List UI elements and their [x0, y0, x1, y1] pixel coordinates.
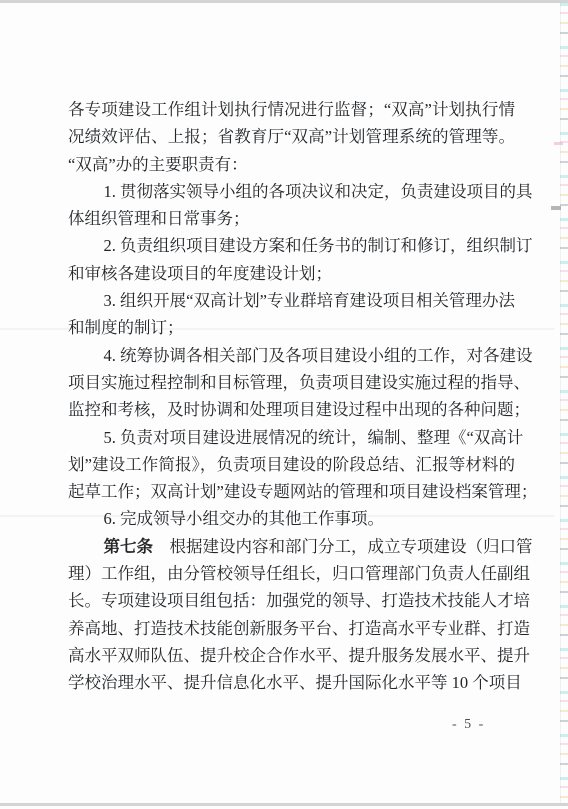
document-line: 长。专项建设项目组包括：加强党的领导、打造技术技能人才培	[68, 587, 515, 614]
article-heading: 第七条	[103, 537, 153, 556]
document-line: 5. 负责对项目建设进展情况的统计，编制、整理《“双高计	[68, 424, 515, 451]
scan-edge-top	[0, 0, 568, 3]
document-line: 项目实施过程控制和目标管理，负责项目建设实施过程的指导、	[68, 369, 515, 396]
document-line: 学校治理水平、提升信息化水平、提升国际化水平等 10 个项目	[68, 669, 515, 696]
document-line: 和制度的制订；	[68, 314, 515, 341]
document-line: 体组织管理和日常事务；	[68, 205, 515, 232]
document-line: 高水平双师队伍、提升校企合作水平、提升服务发展水平、提升	[68, 642, 515, 669]
document-line: 和审核各建设项目的年度建设计划；	[68, 260, 515, 287]
document-line: 理）工作组，由分管校领导任组长，归口管理部门负责人任副组	[68, 560, 515, 587]
document-line: “双高”办的主要职责有：	[68, 151, 515, 178]
scan-edge-bottom	[0, 803, 568, 806]
document-line: 1. 贯彻落实领导小组的各项决议和决定，负责建设项目的具	[68, 178, 515, 205]
document-line: 起草工作；双高计划”建设专题网站的管理和项目建设档案管理；	[68, 478, 515, 505]
document-line: 况绩效评估、上报；省教育厅“双高”计划管理系统的管理等。	[68, 123, 515, 150]
scan-fleck	[554, 142, 563, 145]
document-line: 划”建设工作简报》，负责项目建设的阶段总结、汇报等材料的	[68, 451, 515, 478]
document-line: 监控和考核，及时协调和处理项目建设过程中出现的各种问题；	[68, 396, 515, 423]
scan-fleck	[551, 206, 561, 210]
document-line: 2. 负责组织项目建设方案和任务书的制订和修订，组织制订	[68, 232, 515, 259]
document-line: 6. 完成领导小组交办的其他工作事项。	[68, 505, 515, 532]
document-line: 养高地、打造技术技能创新服务平台、打造高水平专业群、打造	[68, 615, 515, 642]
page-number: - 5 -	[452, 717, 485, 733]
document-line: 3. 组织开展“双高计划”专业群培育建设项目相关管理办法	[68, 287, 515, 314]
document-body: 各专项建设工作组计划执行情况进行监督；“双高”计划执行情况绩效评估、上报；省教育…	[68, 96, 515, 697]
document-line: 4. 统筹协调各相关部门及各项目建设小组的工作，对各建设	[68, 342, 515, 369]
scan-noise-right	[560, 3, 568, 804]
document-line: 各专项建设工作组计划执行情况进行监督；“双高”计划执行情	[68, 96, 515, 123]
document-line: 第七条 根据建设内容和部门分工，成立专项建设（归口管	[68, 533, 515, 560]
document-page: 各专项建设工作组计划执行情况进行监督；“双高”计划执行情况绩效评估、上报；省教育…	[0, 0, 568, 809]
